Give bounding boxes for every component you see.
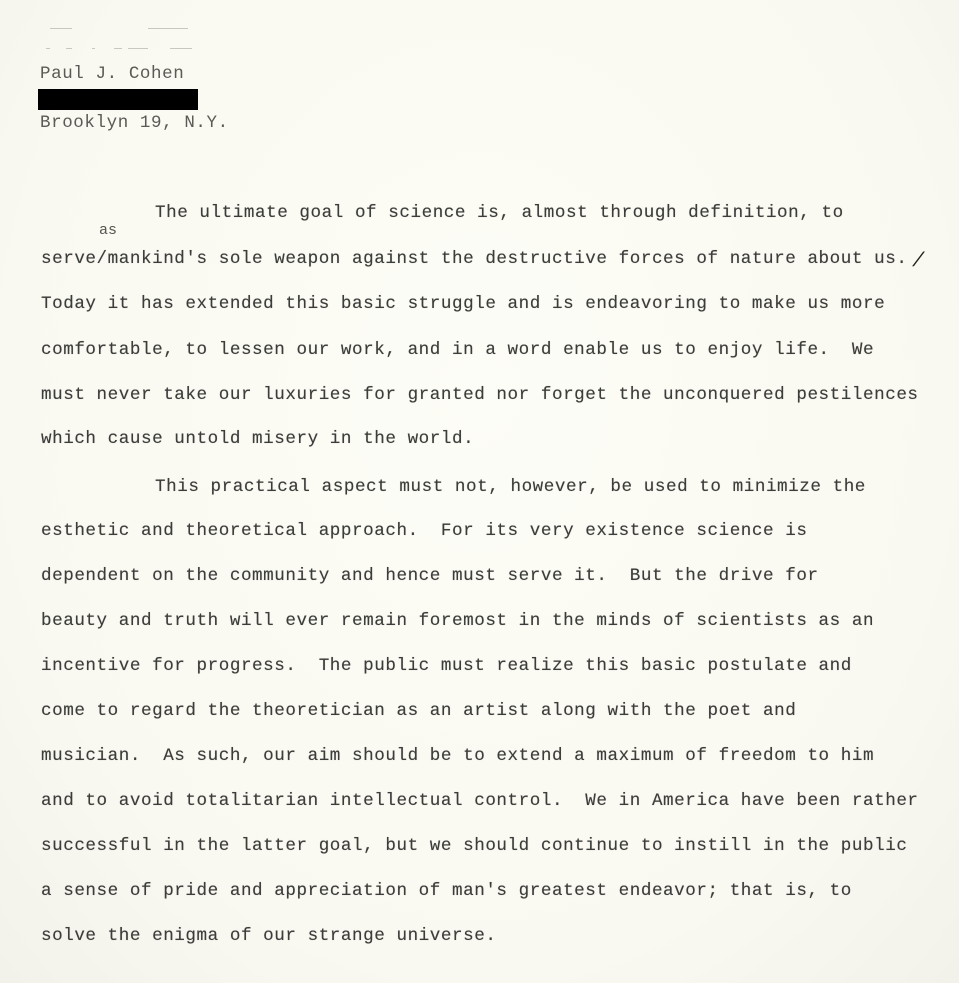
body-line-5: must never take our luxuries for granted… xyxy=(41,385,919,405)
proof-mark: / xyxy=(910,250,927,273)
body-line-4: comfortable, to lessen our work, and in … xyxy=(41,340,874,360)
body-line-16: a sense of pride and appreciation of man… xyxy=(41,881,852,901)
letter-page: Paul J. Cohen Brooklyn 19, N.Y. as The u… xyxy=(0,0,959,983)
body-line-17: solve the enigma of our strange universe… xyxy=(41,926,496,946)
faint-letterhead-marks xyxy=(42,22,202,54)
body-line-13: musician. As such, our aim should be to … xyxy=(41,746,874,766)
body-line-15: successful in the latter goal, but we sh… xyxy=(41,836,907,856)
body-line-2: serve/mankind's sole weapon against the … xyxy=(41,249,907,269)
sender-city: Brooklyn 19, N.Y. xyxy=(40,113,229,133)
body-line-11: incentive for progress. The public must … xyxy=(41,656,852,676)
body-line-8: esthetic and theoretical approach. For i… xyxy=(41,521,807,541)
body-line-1: The ultimate goal of science is, almost … xyxy=(155,203,844,223)
body-line-9: dependent on the community and hence mus… xyxy=(41,566,819,586)
body-line-10: beauty and truth will ever remain foremo… xyxy=(41,611,874,631)
interlinear-insertion: as xyxy=(99,222,117,239)
body-line-7: This practical aspect must not, however,… xyxy=(155,477,866,497)
body-line-12: come to regard the theoretician as an ar… xyxy=(41,701,796,721)
body-line-6: which cause untold misery in the world. xyxy=(41,429,474,449)
redacted-street-address xyxy=(38,89,198,110)
body-line-14: and to avoid totalitarian intellectual c… xyxy=(41,791,919,811)
body-line-3: Today it has extended this basic struggl… xyxy=(41,294,885,314)
sender-name: Paul J. Cohen xyxy=(40,64,184,84)
